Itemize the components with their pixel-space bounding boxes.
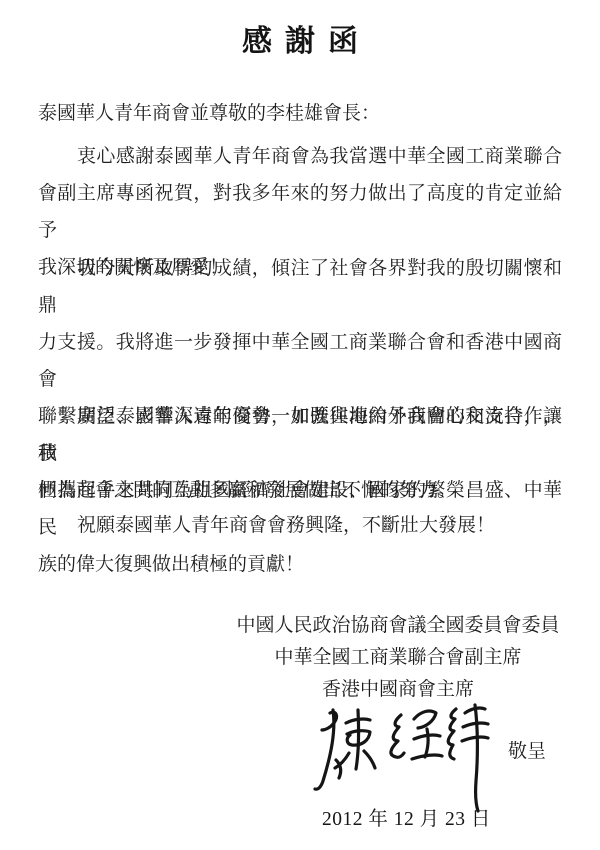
closing-label: 敬呈 bbox=[508, 736, 546, 763]
paragraph-line: 祝願泰國華人青年商會會務興隆，不斷壯大發展！ bbox=[38, 507, 562, 544]
handwritten-signature bbox=[302, 697, 494, 817]
letter-page: 感謝函 泰國華人青年商會並尊敬的李桂雄會長： 衷心感謝泰國華人青年商會為我當選中… bbox=[0, 0, 600, 850]
paragraph-3: 期望泰國華人青年商會一如既往地給予我關心和支持，讓我 們攜起手來共同為祖國經濟社… bbox=[38, 398, 562, 583]
paragraph-4: 祝願泰國華人青年商會會務興隆，不斷壯大發展！ bbox=[38, 507, 562, 544]
signer-title-line: 中國人民政治協商會議全國委員會委員 bbox=[223, 610, 573, 642]
paragraph-line: 族的偉大復興做出積極的貢獻！ bbox=[38, 546, 562, 583]
paragraph-line: 會副主席專函祝賀，對我多年來的努力做出了高度的肯定並給予 bbox=[38, 175, 562, 249]
salutation-line: 泰國華人青年商會並尊敬的李桂雄會長： bbox=[38, 101, 562, 127]
paragraph-line: 期望泰國華人青年商會一如既往地給予我關心和支持，讓我 bbox=[38, 398, 562, 472]
paragraph-line: 衷心感謝泰國華人青年商會為我當選中華全國工商業聯合 bbox=[38, 138, 562, 175]
paragraph-line: 力支援。我將進一步發揮中華全國工商業聯合會和香港中國商會 bbox=[38, 324, 562, 398]
signer-title-line: 中華全國工商業聯合會副主席 bbox=[223, 642, 573, 674]
signature-titles-block: 中國人民政治協商會議全國委員會委員 中華全國工商業聯合會副主席 香港中國商會主席 bbox=[223, 610, 573, 706]
letter-title: 感謝函 bbox=[0, 16, 600, 60]
paragraph-line: 我今天所取得的成績，傾注了社會各界對我的殷切關懷和鼎 bbox=[38, 250, 562, 324]
date-line: 2012 年 12 月 23 日 bbox=[322, 803, 491, 831]
